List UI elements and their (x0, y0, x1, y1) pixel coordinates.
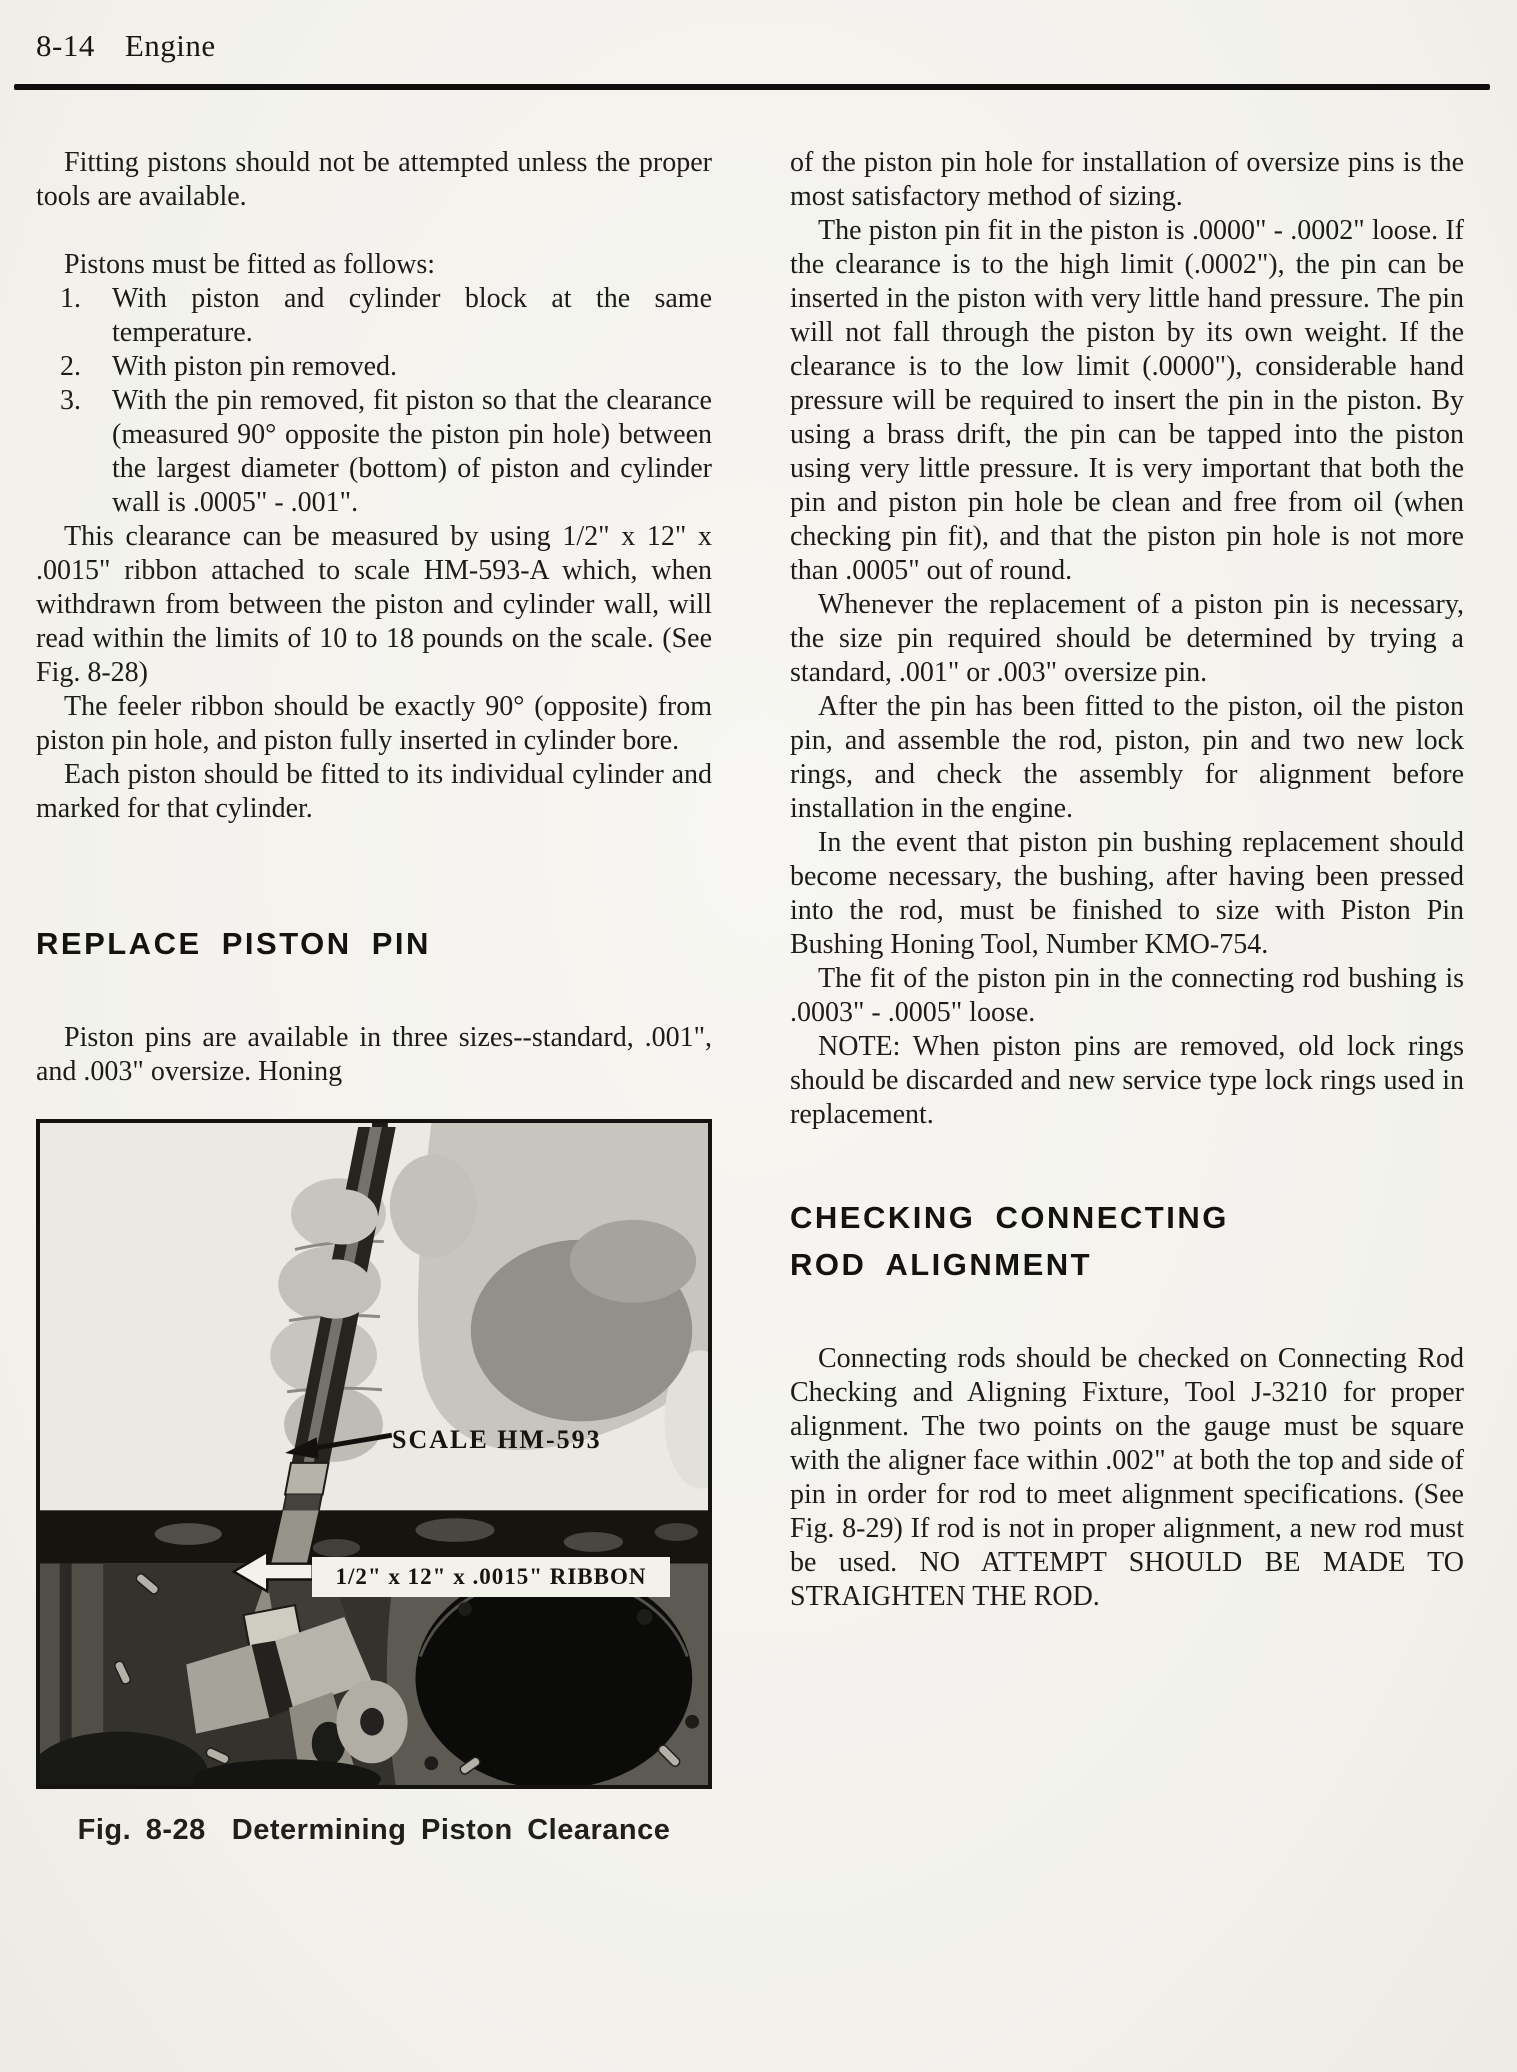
paragraph: The piston pin fit in the piston is .000… (790, 214, 1464, 588)
paragraph: In the event that piston pin bushing rep… (790, 826, 1464, 962)
page-columns: Fitting pistons should not be attempted … (36, 124, 1464, 1847)
manual-page: 8-14Engine Fitting pistons should not be… (0, 0, 1517, 2072)
paragraph: The fit of the piston pin in the connect… (790, 962, 1464, 1030)
paragraph: Piston pins are available in three sizes… (36, 1021, 712, 1089)
figure-caption-number: Fig. 8-28 (78, 1814, 206, 1846)
list-text: With piston and cylinder block at the sa… (112, 283, 712, 348)
paragraph: This clearance can be measured by using … (36, 520, 712, 690)
paragraph: After the pin has been fitted to the pis… (790, 690, 1464, 826)
page-header: 8-14Engine (36, 28, 216, 64)
header-rule (14, 84, 1490, 90)
photo-artwork (40, 1123, 708, 1785)
right-column: of the piston pin hole for installation … (790, 124, 1464, 1847)
list-text: With the pin removed, fit piston so that… (112, 385, 712, 518)
figure-label-ribbon: 1/2" x 12" x .0015" RIBBON (312, 1557, 670, 1597)
page-number: 8-14 (36, 28, 95, 63)
paragraph: Connecting rods should be checked on Con… (790, 1342, 1464, 1614)
left-column: Fitting pistons should not be attempted … (36, 124, 712, 1847)
paragraph-note: NOTE: When piston pins are removed, old … (790, 1030, 1464, 1132)
block-edge-band (40, 1510, 708, 1563)
page-title: Engine (125, 28, 216, 63)
paragraph: Each piston should be fitted to its indi… (36, 758, 712, 826)
heading-line: ROD ALIGNMENT (790, 1241, 1464, 1288)
list-number: 1. (60, 282, 81, 316)
list-item: 3. With the pin removed, fit piston so t… (36, 384, 712, 520)
figure-caption-text: Determining Piston Clearance (232, 1814, 671, 1846)
list-number: 2. (60, 350, 81, 384)
paragraph: Pistons must be fitted as follows: (36, 248, 712, 282)
heading-line: CHECKING CONNECTING (790, 1194, 1464, 1241)
paragraph: of the piston pin hole for installation … (790, 146, 1464, 214)
list-item: 2. With piston pin removed. (36, 350, 712, 384)
paragraph: Whenever the replacement of a piston pin… (790, 588, 1464, 690)
figure-photo: SCALE HM-593 1/2" x 12" x .0015" RIBBON (36, 1119, 712, 1789)
paragraph: Fitting pistons should not be attempted … (36, 146, 712, 214)
paragraph: The feeler ribbon should be exactly 90° … (36, 690, 712, 758)
figure-label-scale: SCALE HM-593 (392, 1423, 602, 1457)
list-text: With piston pin removed. (112, 351, 397, 382)
figure-caption: Fig. 8-28Determining Piston Clearance (36, 1813, 712, 1847)
list-number: 3. (60, 384, 81, 418)
section-heading-checking-rod-alignment: CHECKING CONNECTING ROD ALIGNMENT (790, 1194, 1464, 1288)
section-heading-replace-piston-pin: REPLACE PISTON PIN (36, 920, 712, 967)
list-item: 1. With piston and cylinder block at the… (36, 282, 712, 350)
